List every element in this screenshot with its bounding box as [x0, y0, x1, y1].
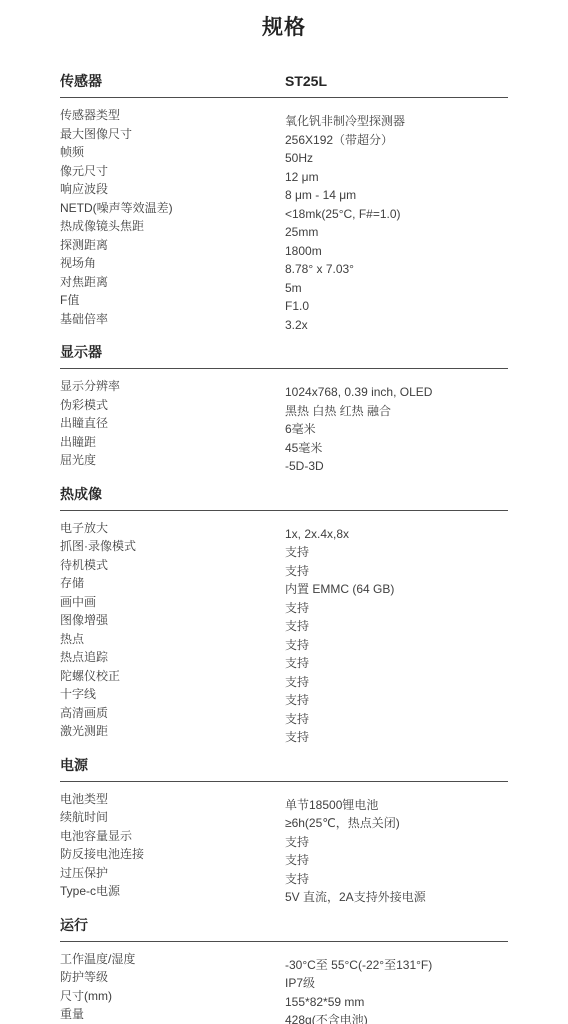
section-title: 热成像 [60, 486, 285, 503]
section-header: 运行 [60, 917, 508, 934]
spec-value: 内置 EMMC (64 GB) [285, 580, 508, 599]
spec-label: 图像增强 [60, 611, 285, 630]
spec-row: 显示分辨率 1024x768, 0.39 inch, OLED [60, 377, 508, 396]
spec-value: 支持 [285, 636, 508, 655]
spec-rows: 显示分辨率 1024x768, 0.39 inch, OLED 伪彩模式 黑热 … [60, 369, 508, 470]
spec-rows: 电子放大 1x, 2x.4x,8x 抓图·录像模式 支持 待机模式 支持 存储 … [60, 511, 508, 741]
spec-value: 支持 [285, 673, 508, 692]
spec-label: 工作温度/湿度 [60, 950, 285, 969]
spec-label: 像元尺寸 [60, 162, 285, 181]
spec-value: IP7级 [285, 974, 508, 993]
spec-label: 热成像镜头焦距 [60, 217, 285, 236]
spec-label: 屈光度 [60, 451, 285, 470]
spec-label: 画中画 [60, 593, 285, 612]
spec-value: 黑热 白热 红热 融合 [285, 402, 508, 421]
spec-label: 最大图像尺寸 [60, 125, 285, 144]
spec-value: 氧化钒非制冷型探测器 [285, 112, 508, 131]
spec-row: 电池类型 单节18500锂电池 [60, 790, 508, 809]
section-title: 显示器 [60, 344, 285, 361]
spec-value: F1.0 [285, 297, 508, 316]
spec-value: 支持 [285, 543, 508, 562]
spec-value: 45毫米 [285, 439, 508, 458]
spec-section: 热成像 电子放大 1x, 2x.4x,8x 抓图·录像模式 支持 待机模式 支持… [60, 486, 508, 741]
spec-value: 1024x768, 0.39 inch, OLED [285, 383, 508, 402]
spec-label: 响应波段 [60, 180, 285, 199]
spec-value: 支持 [285, 728, 508, 747]
spec-label: 高清画质 [60, 704, 285, 723]
spec-value: -5D-3D [285, 457, 508, 476]
page-title: 规格 [0, 0, 568, 43]
section-header: 热成像 [60, 486, 508, 503]
spec-label: F值 [60, 291, 285, 310]
section-header: 传感器 ST25L [60, 73, 508, 90]
spec-label: 尺寸(mm) [60, 987, 285, 1006]
spec-label: 探测距离 [60, 236, 285, 255]
spec-value: -30°C至 55°C(-22°至131°F) [285, 956, 508, 975]
spec-value: 支持 [285, 833, 508, 852]
spec-value: 5V 直流，2A支持外接电源 [285, 888, 508, 907]
spec-label: 防反接电池连接 [60, 845, 285, 864]
spec-label: 对焦距离 [60, 273, 285, 292]
spec-value: 155*82*59 mm [285, 993, 508, 1012]
spec-label: 续航时间 [60, 808, 285, 827]
spec-value: ≥6h(25℃，热点关闭) [285, 814, 508, 833]
section-header: 电源 [60, 757, 508, 774]
spec-section: 电源 电池类型 单节18500锂电池 续航时间 ≥6h(25℃，热点关闭) 电池… [60, 757, 508, 901]
spec-label: 热点 [60, 630, 285, 649]
spec-value: 3.2x [285, 316, 508, 335]
spec-row: 传感器类型 氧化钒非制冷型探测器 [60, 106, 508, 125]
spec-label: 基础倍率 [60, 310, 285, 329]
spec-value: 1x, 2x.4x,8x [285, 525, 508, 544]
spec-value: 支持 [285, 851, 508, 870]
spec-section: 运行 工作温度/湿度 -30°C至 55°C(-22°至131°F) 防护等级 … [60, 917, 508, 1024]
section-title: 运行 [60, 917, 285, 934]
section-header: 显示器 [60, 344, 508, 361]
spec-label: 出瞳直径 [60, 414, 285, 433]
spec-value: 428g(不含电池) [285, 1011, 508, 1024]
spec-section: 显示器 显示分辨率 1024x768, 0.39 inch, OLED 伪彩模式… [60, 344, 508, 470]
spec-value: 支持 [285, 599, 508, 618]
spec-value: 8.78° x 7.03° [285, 260, 508, 279]
spec-value: 8 μm - 14 μm [285, 186, 508, 205]
spec-value: 支持 [285, 617, 508, 636]
spec-value: 5m [285, 279, 508, 298]
spec-value: <18mk(25°C, F#=1.0) [285, 205, 508, 224]
spec-label: 防护等级 [60, 968, 285, 987]
section-title: 传感器 [60, 73, 285, 90]
spec-value: 单节18500锂电池 [285, 796, 508, 815]
spec-row: 工作温度/湿度 -30°C至 55°C(-22°至131°F) [60, 950, 508, 969]
spec-label: Type-c电源 [60, 882, 285, 901]
spec-value: 12 μm [285, 168, 508, 187]
spec-value: 支持 [285, 562, 508, 581]
spec-label: 待机模式 [60, 556, 285, 575]
spec-row: 电子放大 1x, 2x.4x,8x [60, 519, 508, 538]
spec-value: 支持 [285, 654, 508, 673]
spec-label: 传感器类型 [60, 106, 285, 125]
spec-label: 激光测距 [60, 722, 285, 741]
spec-rows: 传感器类型 氧化钒非制冷型探测器 最大图像尺寸 256X192（带超分） 帧频 … [60, 98, 508, 328]
spec-label: 电池类型 [60, 790, 285, 809]
spec-content: 传感器 ST25L 传感器类型 氧化钒非制冷型探测器 最大图像尺寸 256X19… [60, 73, 508, 1024]
spec-value: 支持 [285, 710, 508, 729]
spec-value: 256X192（带超分） [285, 131, 508, 150]
spec-value: 50Hz [285, 149, 508, 168]
spec-section: 传感器 ST25L 传感器类型 氧化钒非制冷型探测器 最大图像尺寸 256X19… [60, 73, 508, 328]
spec-label: 存储 [60, 574, 285, 593]
spec-label: 显示分辨率 [60, 377, 285, 396]
spec-label: 伪彩模式 [60, 396, 285, 415]
spec-page: 规格 传感器 ST25L 传感器类型 氧化钒非制冷型探测器 最大图像尺寸 256… [0, 0, 568, 1024]
spec-label: 热点追踪 [60, 648, 285, 667]
spec-rows: 电池类型 单节18500锂电池 续航时间 ≥6h(25℃，热点关闭) 电池容量显… [60, 782, 508, 901]
spec-label: 电池容量显示 [60, 827, 285, 846]
spec-label: 帧频 [60, 143, 285, 162]
spec-rows: 工作温度/湿度 -30°C至 55°C(-22°至131°F) 防护等级 IP7… [60, 942, 508, 1024]
spec-label: 重量 [60, 1005, 285, 1024]
spec-value: 支持 [285, 870, 508, 889]
spec-value: 6毫米 [285, 420, 508, 439]
spec-value: 支持 [285, 691, 508, 710]
spec-label: NETD(噪声等效温差) [60, 199, 285, 218]
spec-label: 抓图·录像模式 [60, 537, 285, 556]
spec-label: 十字线 [60, 685, 285, 704]
section-model: ST25L [285, 73, 508, 90]
spec-label: 视场角 [60, 254, 285, 273]
spec-value: 25mm [285, 223, 508, 242]
spec-label: 陀螺仪校正 [60, 667, 285, 686]
spec-label: 出瞳距 [60, 433, 285, 452]
spec-label: 过压保护 [60, 864, 285, 883]
spec-label: 电子放大 [60, 519, 285, 538]
section-title: 电源 [60, 757, 285, 774]
spec-value: 1800m [285, 242, 508, 261]
